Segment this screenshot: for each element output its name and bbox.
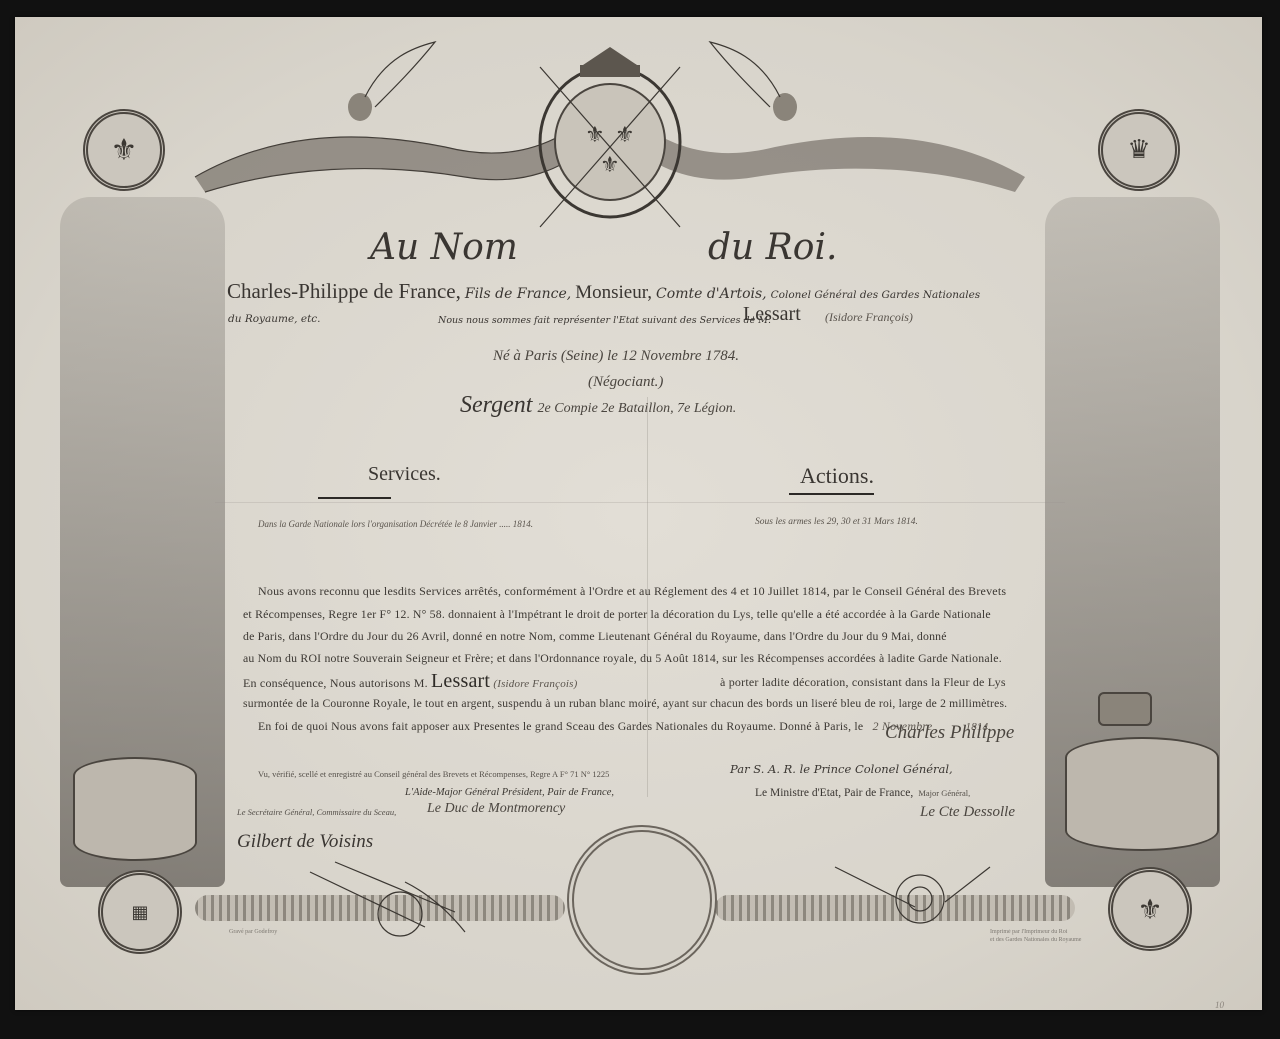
aide-major-signature: Le Duc de Montmorency bbox=[427, 801, 565, 817]
engraver-imprint: Gravé par Godefroy bbox=[229, 929, 277, 935]
bottom-left-medallion: ▦ bbox=[98, 870, 182, 954]
body-line-7: En foi de quoi Nous avons fait apposer a… bbox=[258, 719, 991, 734]
archive-mark: 10 bbox=[1215, 1000, 1224, 1010]
secretary-title: Le Secrétaire Général, Commissaire du Sc… bbox=[237, 807, 396, 817]
services-heading: Services. bbox=[368, 463, 441, 486]
registration-line: Vu, vérifié, scellé et enregistré au Con… bbox=[258, 769, 609, 779]
top-left-medallion: ⚜ bbox=[83, 109, 165, 191]
issuer-name: Charles-Philippe de France, bbox=[227, 279, 461, 303]
authorization-continuation: à porter ladite décoration, consistant d… bbox=[720, 675, 1006, 690]
heading-du-roi: du Roi. bbox=[708, 227, 837, 268]
certificate-paper: ⚜ ⚜ ⚜ ⚜ ♛ ▦ ⚜ Au Nom du Roi. Charles-Phi… bbox=[15, 17, 1262, 1010]
authorize-prefix: En conséquence, Nous autorisons M. bbox=[243, 676, 428, 690]
minister-line: Le Ministre d'Etat, Pair de France, Majo… bbox=[755, 781, 970, 800]
services-entry: Dans la Garde Nationale lors l'organisat… bbox=[258, 519, 533, 529]
unit: 2e Compie 2e Bataillon, 7e Légion. bbox=[538, 401, 737, 416]
services-underline bbox=[318, 497, 391, 499]
authorized-given-names: (Isidore François) bbox=[493, 678, 577, 690]
printer-imprint-2: et des Gardes Nationales du Royaume bbox=[990, 937, 1081, 943]
actions-underline bbox=[789, 493, 874, 495]
issuer-title-royaume: du Royaume, etc. bbox=[228, 313, 321, 325]
rank-line: Sergent 2e Compie 2e Bataillon, 7e Légio… bbox=[460, 392, 736, 419]
fold-line-horizontal bbox=[215, 502, 1065, 503]
minister-title-major: Major Général, bbox=[918, 788, 970, 798]
body-line-2: et Récompenses, Regre 1er F° 12. N° 58. … bbox=[243, 607, 991, 622]
minister-title: Le Ministre d'Etat, Pair de France, bbox=[755, 787, 913, 799]
issuer-title-monsieur: Monsieur, bbox=[575, 282, 652, 303]
preamble: Nous nous sommes fait représenter l'Etat… bbox=[438, 315, 771, 326]
issuer-line: Charles-Philippe de France, Fils de Fran… bbox=[227, 279, 980, 304]
trumpets-emblem bbox=[305, 852, 475, 942]
heading-au-nom: Au Nom bbox=[370, 227, 518, 268]
secretary-signature: Gilbert de Voisins bbox=[237, 831, 373, 853]
recipient-surname: Lessart bbox=[743, 303, 801, 326]
minister-signature: Le Cte Dessolle bbox=[920, 804, 1015, 821]
horn-emblem bbox=[825, 847, 995, 937]
authorized-surname: Lessart bbox=[431, 670, 490, 692]
body-line-1: Nous avons reconnu que lesdits Services … bbox=[258, 584, 1006, 599]
body-line-4: au Nom du ROI notre Souverain Seigneur e… bbox=[243, 651, 1002, 666]
svg-text:⚜: ⚜ bbox=[615, 123, 635, 148]
right-bugle-emblem bbox=[1098, 692, 1152, 726]
svg-text:⚜: ⚜ bbox=[585, 123, 605, 148]
svg-text:⚜: ⚜ bbox=[600, 153, 620, 178]
top-right-medallion: ♛ bbox=[1098, 109, 1180, 191]
sealing-clause: En foi de quoi Nous avons fait apposer a… bbox=[258, 719, 863, 733]
body-line-6: surmontée de la Couronne Royale, le tout… bbox=[243, 697, 1007, 710]
issuer-title-fils: Fils de France, bbox=[465, 286, 571, 302]
profession: (Négociant.) bbox=[588, 374, 663, 391]
printer-imprint-1: Imprimé par l'Imprimeur du Roi bbox=[990, 929, 1067, 935]
body-line-3: de Paris, dans l'Ordre du Jour du 26 Avr… bbox=[243, 629, 947, 644]
birth-line: Né à Paris (Seine) le 12 Novembre 1784. bbox=[493, 348, 739, 365]
grand-seal bbox=[567, 825, 717, 975]
body-line-5: En conséquence, Nous autorisons M. Lessa… bbox=[243, 670, 578, 693]
prince-signature: Charles Philippe bbox=[885, 722, 1014, 744]
bottom-right-medallion: ⚜ bbox=[1108, 867, 1192, 951]
issuer-title-comte: Comte d'Artois, bbox=[656, 286, 767, 302]
actions-entry: Sous les armes les 29, 30 et 31 Mars 181… bbox=[755, 517, 918, 527]
recipient-given-names: (Isidore François) bbox=[825, 310, 913, 325]
par-line: Par S. A. R. le Prince Colonel Général, bbox=[730, 762, 953, 776]
left-drum-engraving bbox=[73, 757, 197, 861]
right-drum-engraving bbox=[1065, 737, 1219, 851]
aide-major-title: L'Aide-Major Général Président, Pair de … bbox=[405, 787, 614, 798]
issuer-title-colonel: Colonel Général des Gardes Nationales bbox=[771, 289, 981, 301]
rank: Sergent bbox=[460, 392, 532, 418]
actions-heading: Actions. bbox=[800, 463, 874, 489]
top-vignette-engraving: ⚜ ⚜ ⚜ bbox=[145, 27, 1075, 237]
